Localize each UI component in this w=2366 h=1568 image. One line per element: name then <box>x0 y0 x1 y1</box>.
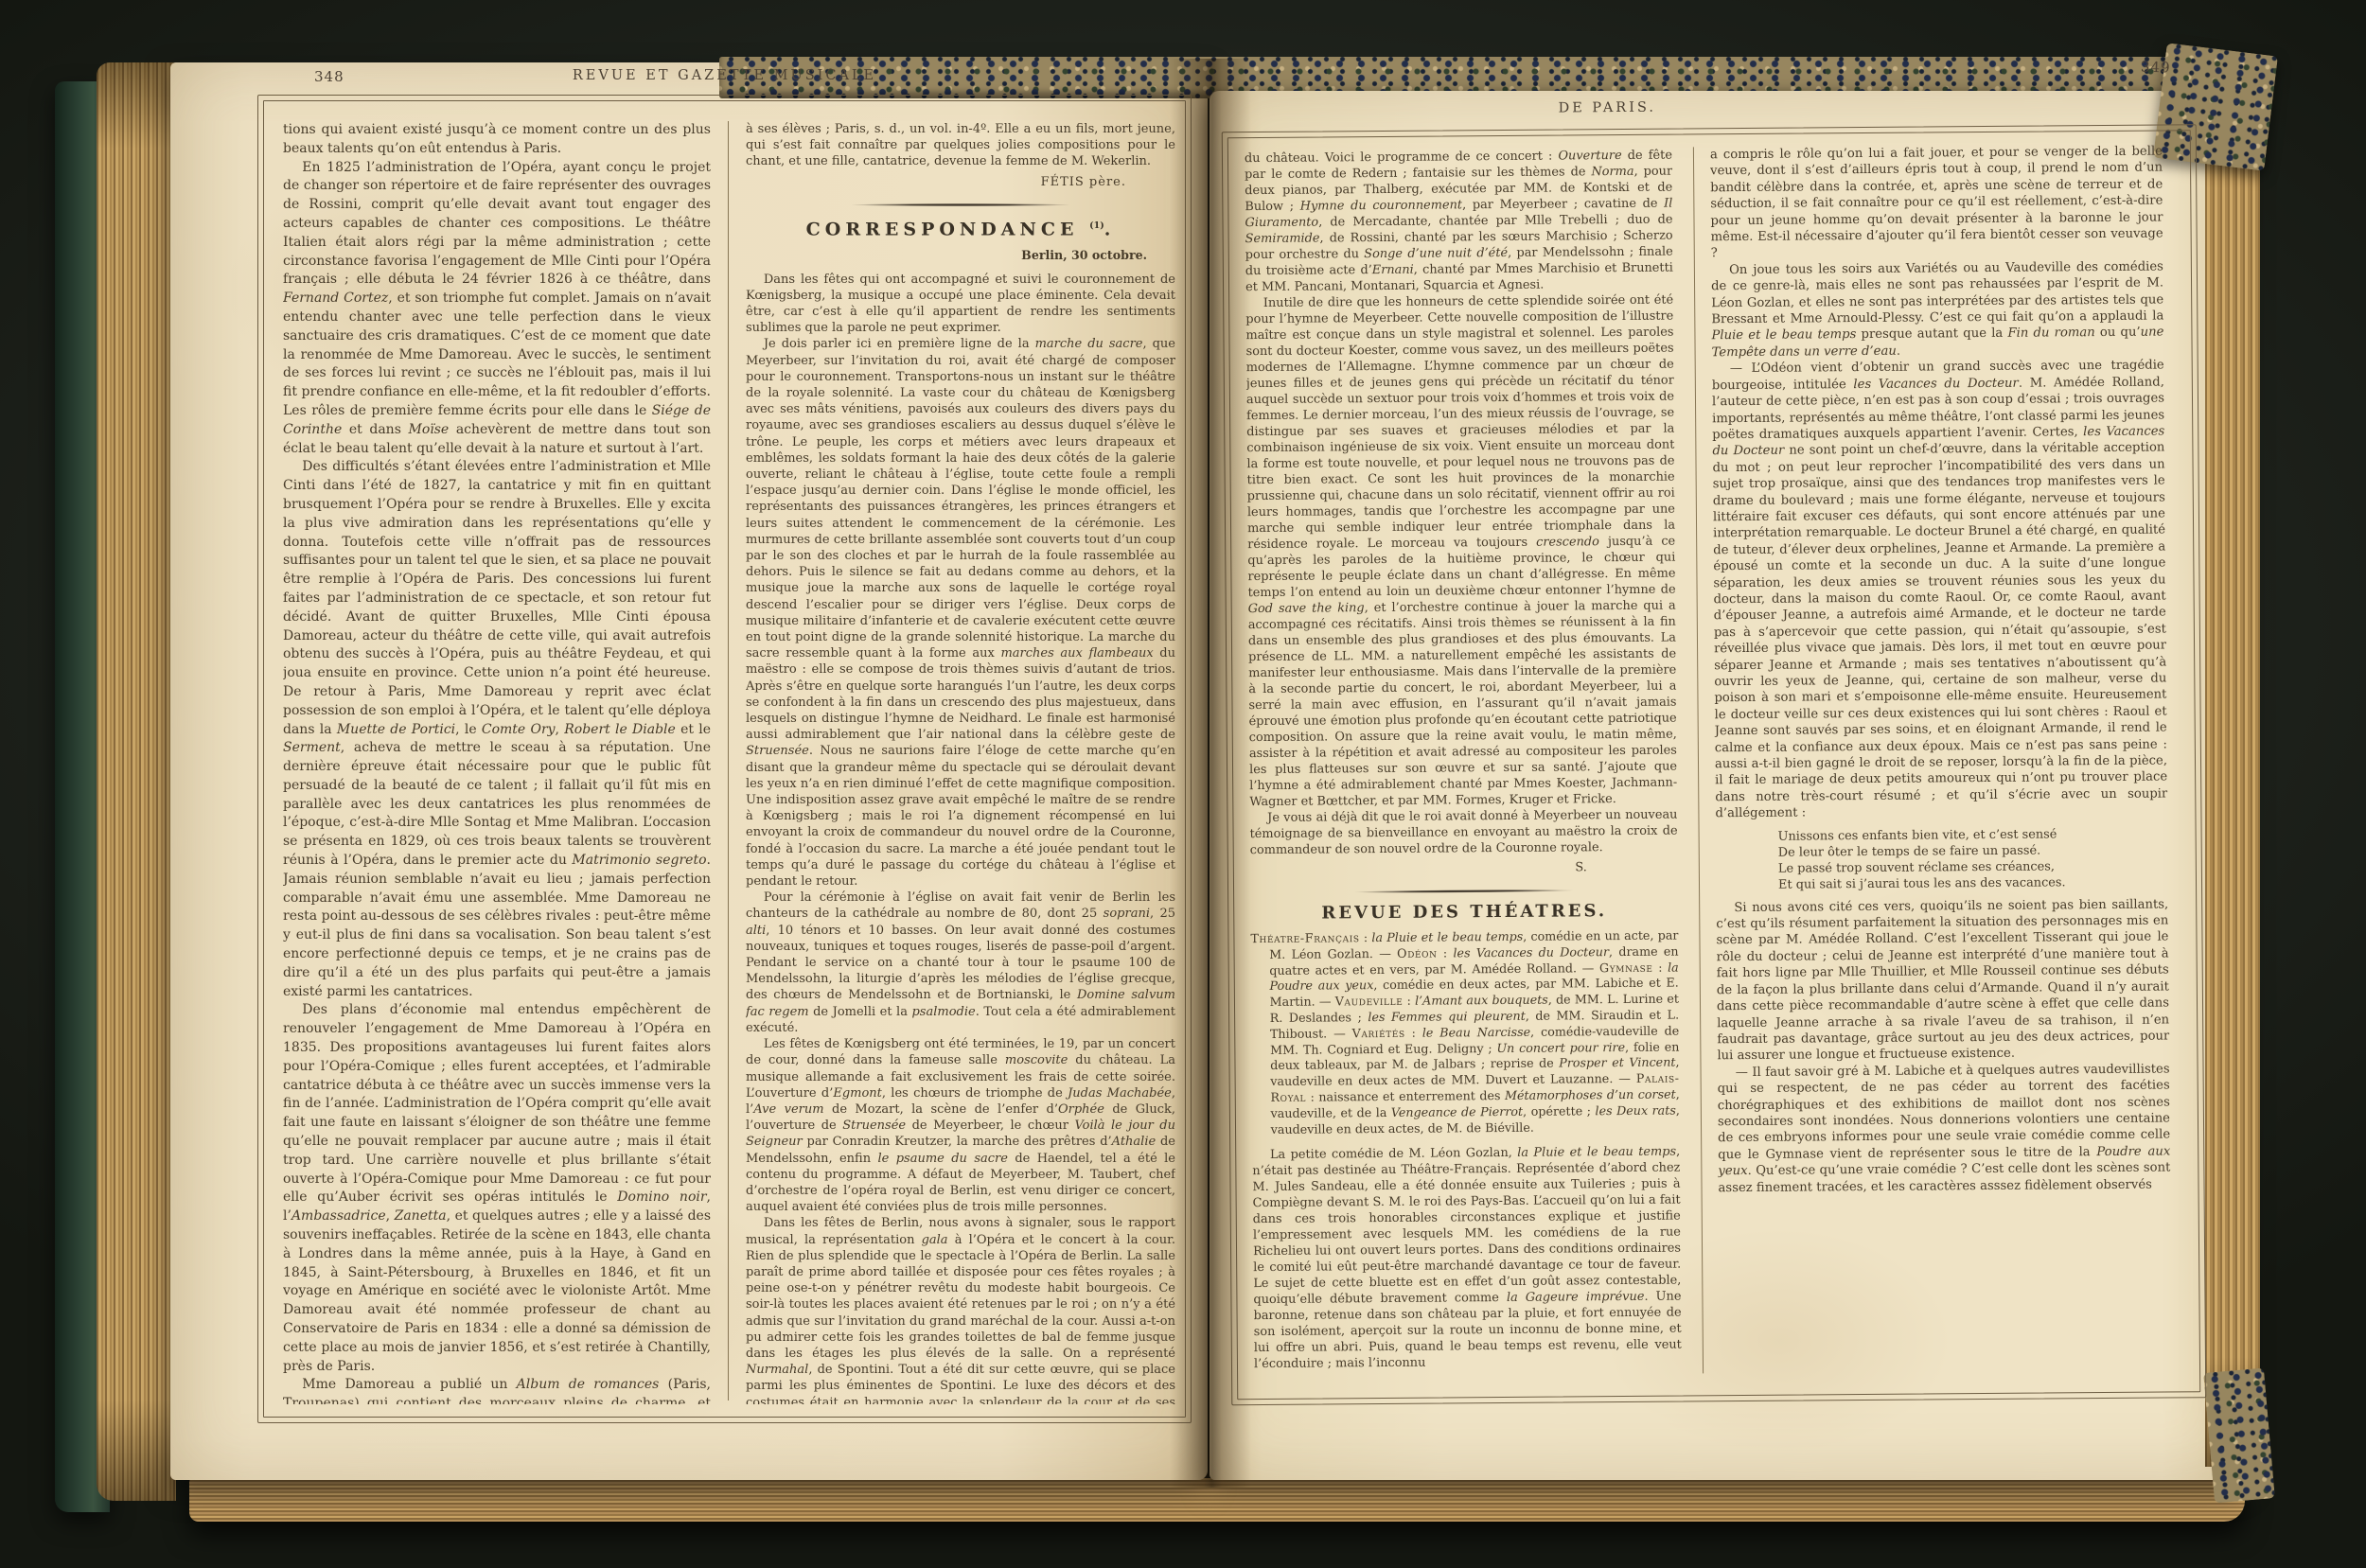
section-title-revue-des-theatres: REVUE DES THÉATRES. <box>1250 903 1678 923</box>
running-title-right: DE PARIS. <box>1559 99 1767 116</box>
paragraph: — Il faut savoir gré à M. Labiche et à q… <box>1718 1061 2171 1196</box>
paragraph: Inutile de dire que les honneurs de cett… <box>1245 292 1677 811</box>
column-paragraphs: Inutile de dire que les honneurs de cett… <box>1245 292 1678 859</box>
author-signature: FÉTIS père. <box>746 174 1175 190</box>
paragraph: Si nous avons cité ces vers, quoiqu’ils … <box>1716 896 2169 1065</box>
column-paragraphs: Si nous avons cité ces vers, quoiqu’ils … <box>1716 896 2170 1196</box>
left-fore-edge <box>97 62 176 1501</box>
correspondent-signature: S. <box>1250 859 1678 879</box>
paragraph: En 1825 l’administration de l’Opéra, aya… <box>283 159 711 459</box>
paragraph: tions qui avaient existé jusqu’à ce mome… <box>283 121 711 159</box>
column-paragraphs: On joue tous les soirs aux Variétés ou a… <box>1711 258 2168 822</box>
paragraph: a compris le rôle qu’on lui a fait jouer… <box>1710 144 2163 263</box>
paragraph: Les fêtes de Kœnigsberg ont été terminée… <box>746 1036 1175 1215</box>
section-title-correspondance: CORRESPONDANCE (1). <box>746 218 1175 238</box>
paragraph: Dans les fêtes de Berlin, nous avons à s… <box>746 1215 1175 1404</box>
scanned-book-photo: { "palette": { "background": "#20241e", … <box>0 0 2366 1568</box>
section-divider-ornament <box>1355 889 1573 893</box>
paragraph: Et qui sait si j’aurai tous les ans des … <box>1778 873 2168 892</box>
paragraph: La petite comédie de M. Léon Gozlan, la … <box>1252 1144 1682 1373</box>
right-page-content: DE PARIS. du château. Voici le programme… <box>1198 80 2251 1489</box>
paragraph: Des plans d’économie mal entendus empêch… <box>283 1001 711 1376</box>
column-paragraphs: En 1825 l’administration de l’Opéra, aya… <box>283 159 711 1404</box>
paragraph: Des difficultés s’étant élevées entre l’… <box>283 458 711 1001</box>
right-column-1: du château. Voici le programme de ce con… <box>1245 148 1682 1383</box>
paragraph: du château. Voici le programme de ce con… <box>1245 148 1673 296</box>
paragraph: Dans les fêtes qui ont accompagné et sui… <box>746 272 1175 337</box>
column-paragraphs: La petite comédie de M. Léon Gozlan, la … <box>1252 1144 1682 1373</box>
paragraph: On joue tous les soirs aux Variétés ou a… <box>1711 258 2164 361</box>
dateline: Berlin, 30 octobre. <box>746 247 1175 263</box>
quoted-verse: Unissons ces enfants bien vite, et c’est… <box>1778 825 2169 892</box>
theatre-listing: Théatre-Français : la Pluie et le beau t… <box>1250 928 1680 1138</box>
paragraph: à ses élèves ; Paris, s. d., un vol. in-… <box>746 121 1175 170</box>
paragraph: — L’Odéon vient d’obtenir un grand succè… <box>1712 358 2168 822</box>
right-column-2: a compris le rôle qu’on lui a fait jouer… <box>1710 144 2172 1380</box>
page-number-right: 349 <box>2141 58 2171 76</box>
paragraph: Pour la cérémonie à l’église on avait fa… <box>746 890 1175 1036</box>
paragraph: Je vous ai déjà dit que le roi avait don… <box>1249 807 1677 859</box>
paragraph: Je dois parler ici en première ligne de … <box>746 336 1175 890</box>
paragraph: Mme Damoreau a publié un Album de romanc… <box>283 1376 711 1404</box>
section-divider-ornament <box>852 203 1069 206</box>
left-column-2: à ses élèves ; Paris, s. d., un vol. in-… <box>746 121 1175 1404</box>
column-paragraphs: Dans les fêtes qui ont accompagné et sui… <box>746 272 1175 1404</box>
column-rule-left-page <box>728 121 729 1401</box>
running-title-left: REVUE ET GAZETTE MUSICALE <box>257 68 1192 83</box>
left-column-1: tions qui avaient existé jusqu’à ce mome… <box>283 121 711 1404</box>
